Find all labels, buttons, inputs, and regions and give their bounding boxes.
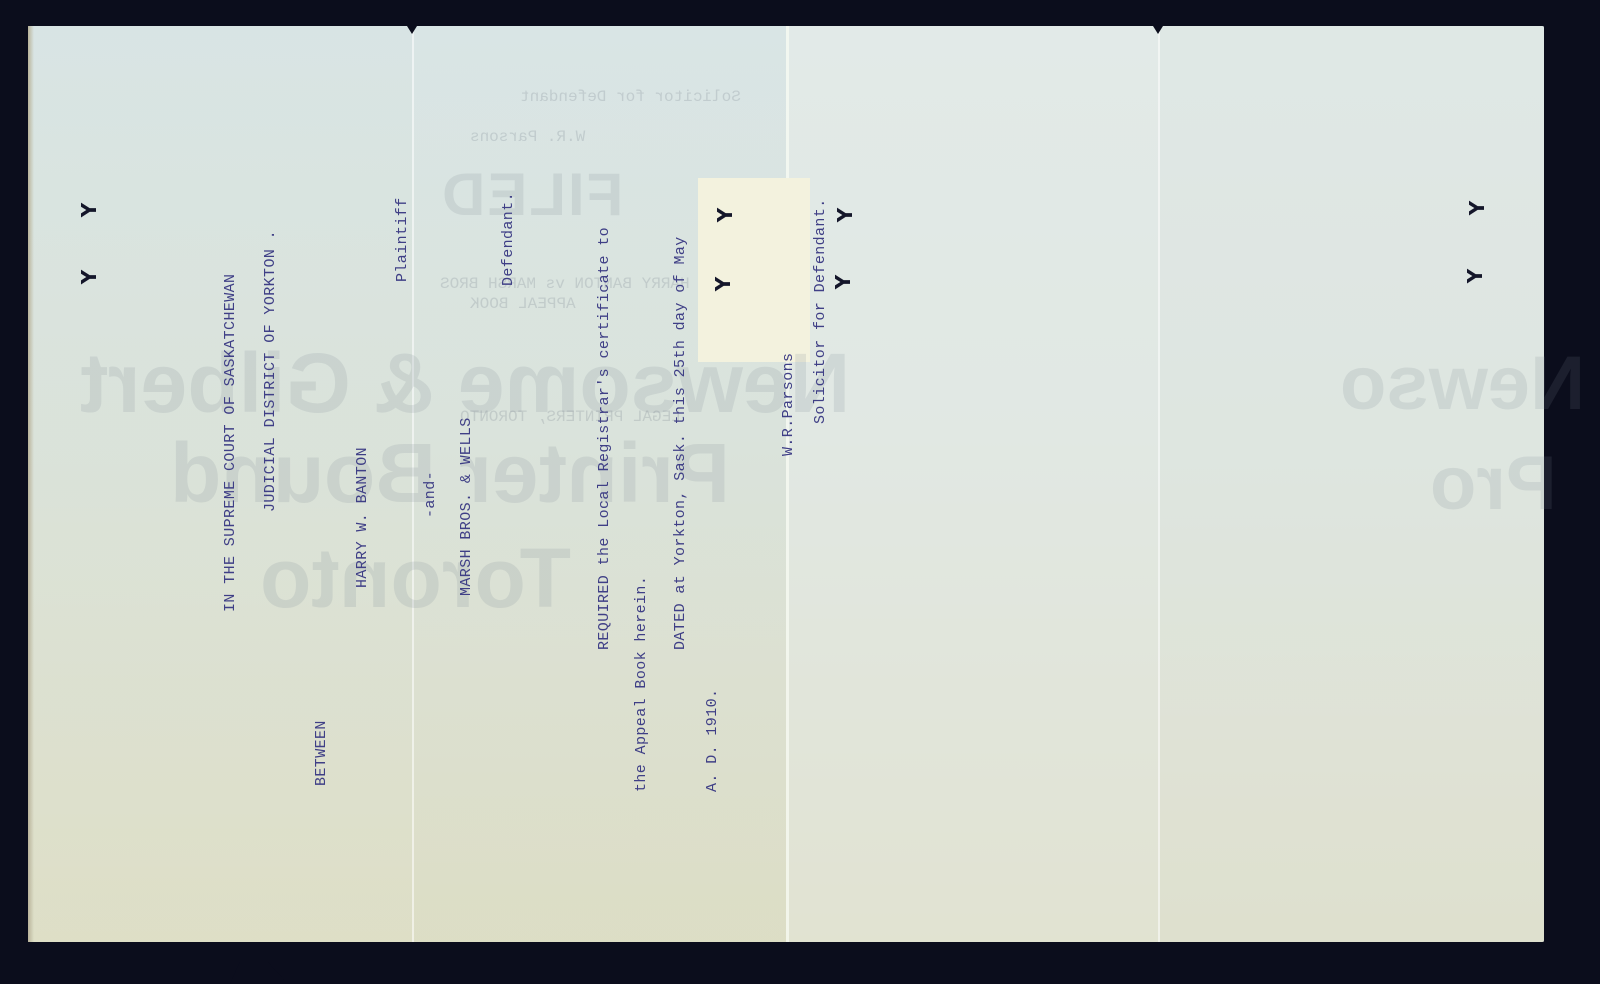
signatory-title: Solicitor for Defendant. [812,198,829,424]
staple-mark-icon: Y [77,270,101,284]
document-page [28,26,1544,942]
and-label: -and- [422,471,439,518]
required-line-2: the Appeal Book herein. [633,576,650,792]
plaintiff-label: Plaintiff [394,197,411,282]
paper-notch [1153,26,1163,34]
staple-mark-icon: Y [831,275,855,289]
defendant-label: Defendant. [500,192,517,286]
plaintiff-name: HARRY W. BANTON [354,447,371,588]
fold-line [786,26,789,942]
paper-notch [407,26,417,34]
dated-line-1: DATED at Yorkton, Sask. this 25th day of… [672,236,689,650]
fold-panel-3 [786,26,1158,942]
district-heading: JUDICIAL DISTRICT OF YORKTON . [262,230,279,512]
staple-mark-icon: Y [713,208,737,222]
pasted-paper-slip [698,178,810,362]
staple-mark-icon: Y [1465,201,1489,215]
defendant-name: MARSH BROS. & WELLS [458,417,475,596]
signatory-name: W.R.Parsons [780,353,797,456]
court-heading: IN THE SUPREME COURT OF SASKATCHEWAN [222,274,239,612]
paper-edge-shadow [28,26,34,942]
court-heading-text: IN THE SUPREME COURT OF SASKATCHEWAN [222,274,239,612]
required-line-1: REQUIRED the Local Registrar's certifica… [596,227,613,650]
fold-panel-4 [1158,26,1544,942]
fold-line [412,26,414,942]
dated-line-2: A. D. 1910. [704,689,721,792]
fold-line [1158,26,1160,942]
staple-mark-icon: Y [1463,269,1487,283]
between-label: BETWEEN [313,720,330,786]
staple-mark-icon: Y [711,277,735,291]
staple-mark-icon: Y [77,203,101,217]
staple-mark-icon: Y [833,208,857,222]
paper-tear [230,962,284,984]
